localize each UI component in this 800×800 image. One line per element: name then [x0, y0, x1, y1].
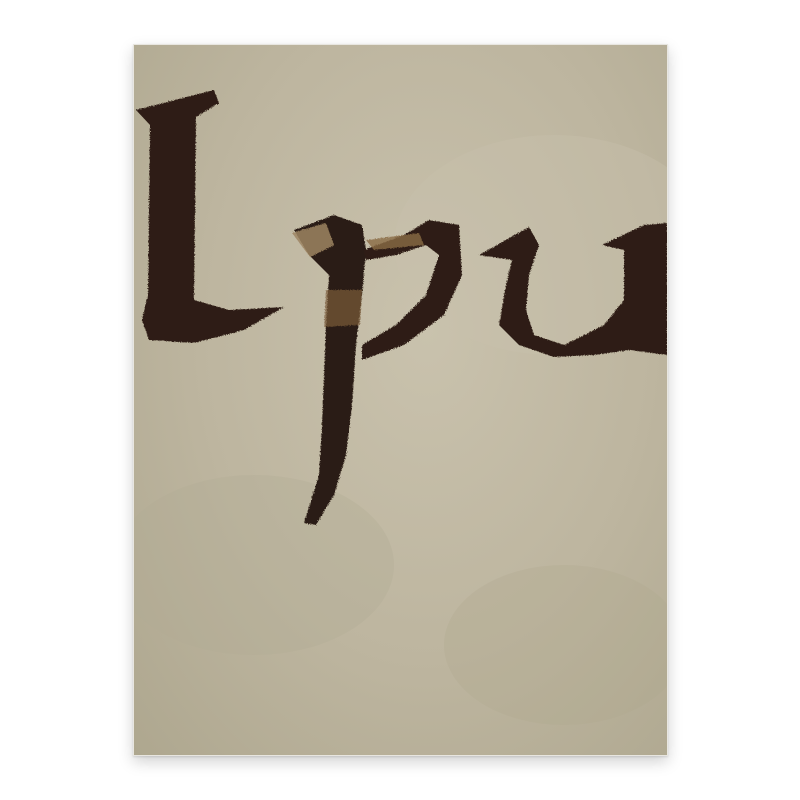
letter-l — [136, 90, 284, 343]
poster-print: lpu — [133, 44, 668, 756]
manuscript-letters-graphic — [134, 45, 667, 755]
